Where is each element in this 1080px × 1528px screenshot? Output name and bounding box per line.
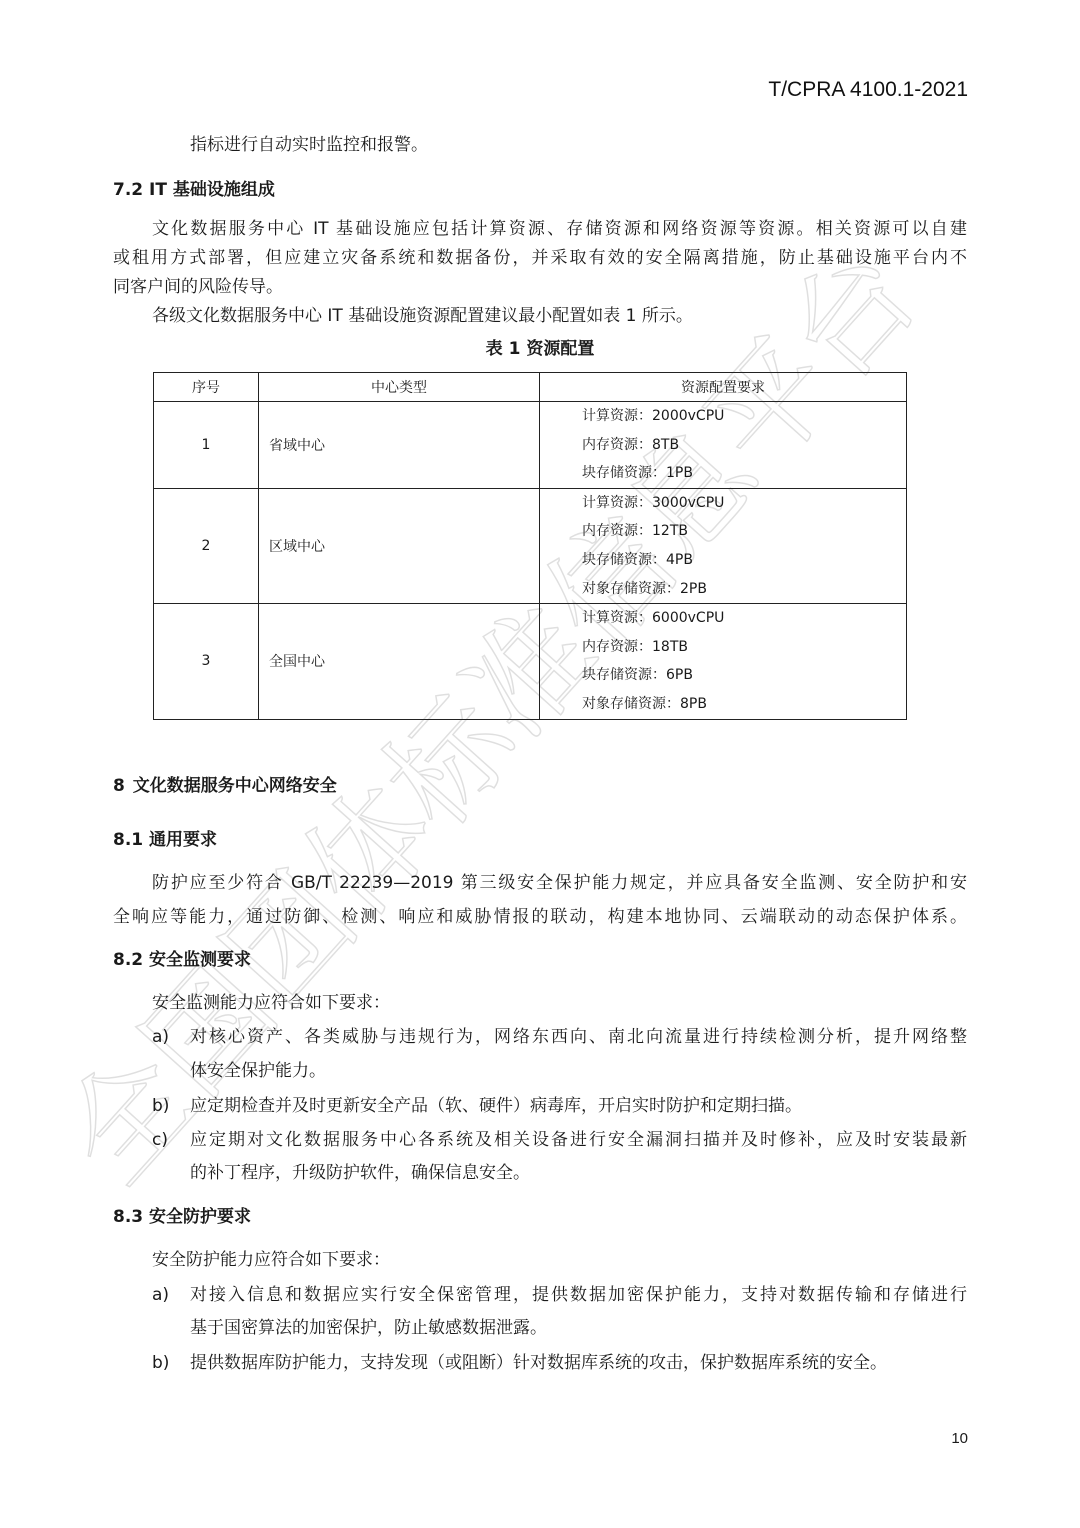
para-8-3-intro: 安全防护能力应符合如下要求：	[152, 1250, 390, 1270]
table-caption: 表 1 资源配置	[0, 334, 1080, 359]
para-7-2-line2: 或租用方式部署，但应建立灾备系统和数据备份，并采取有效的安全隔离措施，防止基础设…	[113, 248, 967, 268]
req-compute: 计算资源：6000vCPU	[582, 604, 906, 633]
req-memory: 内存资源：8TB	[582, 431, 906, 460]
header-req: 资源配置要求	[540, 373, 907, 402]
req-object-storage: 对象存储资源：2PB	[582, 575, 906, 604]
para-8-1-line1: 防护应至少符合 GB/T 22239—2019 第三级安全保护能力规定，并应具备…	[152, 873, 967, 893]
row-num: 2	[154, 488, 259, 603]
para-8-1-line2: 全响应等能力，通过防御、检测、响应和威胁情报的联动，构建本地协同、云端联动的动态…	[113, 907, 967, 927]
item-8-3-a-line1: 对接入信息和数据应实行安全保密管理，提供数据加密保护能力，支持对数据传输和存储进…	[190, 1285, 967, 1305]
item-label: b)	[152, 1096, 169, 1116]
req-compute: 计算资源：3000vCPU	[582, 489, 906, 518]
intro-line: 指标进行自动实时监控和报警。	[190, 135, 428, 155]
row-num: 1	[154, 402, 259, 489]
row-type: 省域中心	[259, 402, 540, 489]
row-type: 区域中心	[259, 488, 540, 603]
resource-table: 序号 中心类型 资源配置要求 1 省域中心 计算资源：2000vCPU 内存资源…	[153, 372, 907, 720]
req-memory: 内存资源：12TB	[582, 517, 906, 546]
heading-8-2: 8.2 安全监测要求	[113, 950, 251, 970]
item-8-2-c-line1: 应定期对文化数据服务中心各系统及相关设备进行安全漏洞扫描并及时修补，应及时安装最…	[190, 1130, 967, 1150]
req-block-storage: 块存储资源：1PB	[582, 459, 906, 488]
para-7-2-line3: 同客户间的风险传导。	[113, 277, 283, 297]
row-type: 全国中心	[259, 604, 540, 719]
para-8-2-intro: 安全监测能力应符合如下要求：	[152, 993, 390, 1013]
table-row: 3 全国中心 计算资源：6000vCPU 内存资源：18TB 块存储资源：6PB…	[154, 604, 907, 719]
header-type: 中心类型	[259, 373, 540, 402]
item-8-2-a-line2: 体安全保护能力。	[190, 1061, 326, 1081]
heading-8-1: 8.1 通用要求	[113, 830, 217, 850]
item-8-2-b-line1: 应定期检查并及时更新安全产品（软、硬件）病毒库，开启实时防护和定期扫描。	[190, 1096, 802, 1116]
req-object-storage: 对象存储资源：8PB	[582, 690, 906, 719]
row-req: 计算资源：2000vCPU 内存资源：8TB 块存储资源：1PB	[540, 402, 907, 489]
table-row: 2 区域中心 计算资源：3000vCPU 内存资源：12TB 块存储资源：4PB…	[154, 488, 907, 603]
heading-7-2: 7.2 IT 基础设施组成	[113, 180, 275, 200]
row-req: 计算资源：3000vCPU 内存资源：12TB 块存储资源：4PB 对象存储资源…	[540, 488, 907, 603]
item-label: a)	[152, 1285, 169, 1305]
req-block-storage: 块存储资源：6PB	[582, 661, 906, 690]
table-header-row: 序号 中心类型 资源配置要求	[154, 373, 907, 402]
item-8-3-a-line2: 基于国密算法的加密保护，防止敏感数据泄露。	[190, 1318, 547, 1338]
item-label: a)	[152, 1027, 169, 1047]
req-block-storage: 块存储资源：4PB	[582, 546, 906, 575]
standard-code: T/CPRA 4100.1-2021	[768, 78, 968, 102]
item-8-2-a-line1: 对核心资产、各类威胁与违规行为，网络东西向、南北向流量进行持续检测分析，提升网络…	[190, 1027, 967, 1047]
item-8-3-b-line1: 提供数据库防护能力，支持发现（或阻断）针对数据库系统的攻击，保护数据库系统的安全…	[190, 1353, 887, 1373]
heading-8-3: 8.3 安全防护要求	[113, 1207, 251, 1227]
document-page: 全国团体标准信息平台 T/CPRA 4100.1-2021 指标进行自动实时监控…	[0, 0, 1080, 1528]
table-row: 1 省域中心 计算资源：2000vCPU 内存资源：8TB 块存储资源：1PB	[154, 402, 907, 489]
page-number: 10	[951, 1430, 968, 1447]
item-label: c)	[152, 1130, 168, 1150]
req-compute: 计算资源：2000vCPU	[582, 402, 906, 431]
req-memory: 内存资源：18TB	[582, 633, 906, 662]
para-7-2-line1: 文化数据服务中心 IT 基础设施应包括计算资源、存储资源和网络资源等资源。相关资…	[152, 219, 967, 239]
heading-8: 8 文化数据服务中心网络安全	[113, 776, 337, 796]
row-num: 3	[154, 604, 259, 719]
para-7-2-table-ref: 各级文化数据服务中心 IT 基础设施资源配置建议最小配置如表 1 所示。	[152, 306, 693, 326]
item-8-2-c-line2: 的补丁程序，升级防护软件，确保信息安全。	[190, 1163, 530, 1183]
row-req: 计算资源：6000vCPU 内存资源：18TB 块存储资源：6PB 对象存储资源…	[540, 604, 907, 719]
header-num: 序号	[154, 373, 259, 402]
item-label: b)	[152, 1353, 169, 1373]
